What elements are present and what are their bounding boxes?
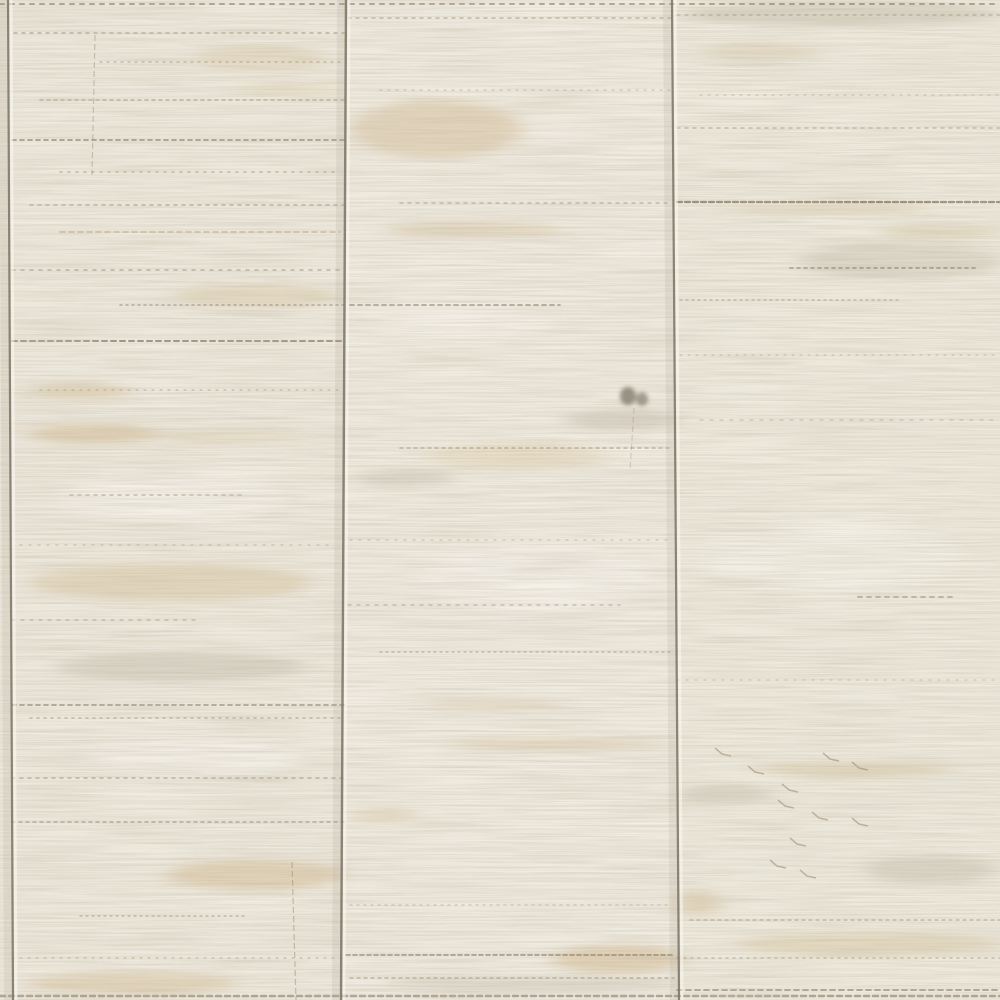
wood-texture-svg bbox=[0, 0, 1000, 1000]
knot-lobe bbox=[620, 387, 636, 405]
speckle-noise-layer bbox=[0, 0, 1000, 1000]
seam-shadow bbox=[336, 0, 341, 1000]
wood-plank-texture-image bbox=[0, 0, 1000, 1000]
seam-shadow bbox=[3, 0, 8, 1000]
knot-lobe bbox=[636, 392, 648, 406]
